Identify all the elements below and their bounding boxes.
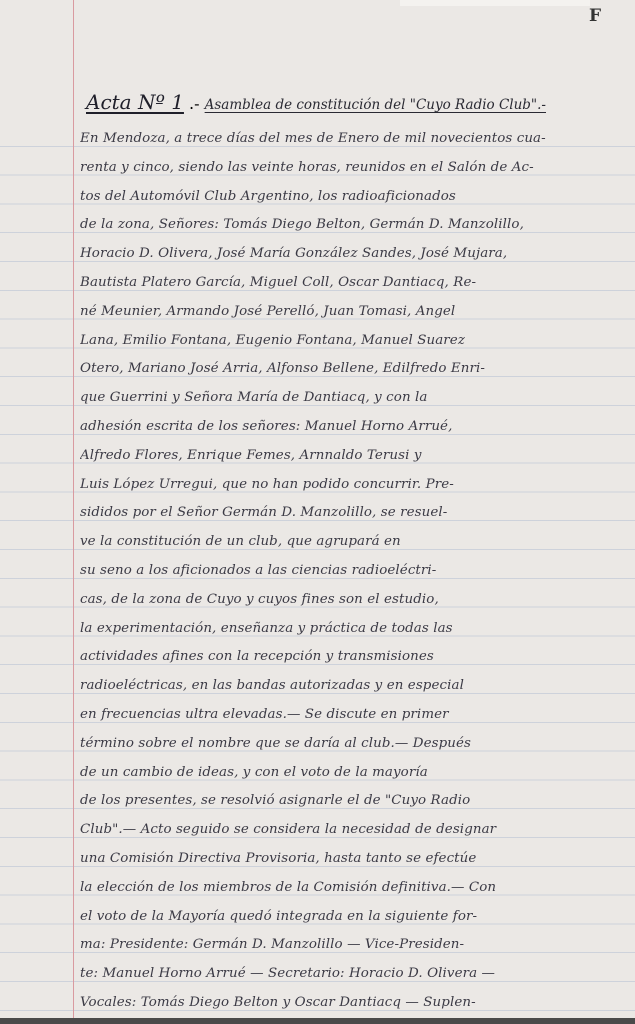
title-separator: .- [184, 94, 205, 113]
red-margin-line [73, 0, 74, 1020]
minutes-title: Acta Nº 1 .- Asamblea de constitución de… [86, 90, 631, 118]
folio-mark: F [589, 6, 601, 26]
text-line: ma: Presidente: Germán D. Manzolillo — V… [80, 931, 632, 960]
text-line: te: Manuel Horno Arrué — Secretario: Hor… [80, 960, 632, 989]
text-line: término sobre el nombre que se daría al … [80, 730, 632, 759]
act-number: Acta Nº 1 [86, 90, 184, 114]
minutes-body: En Mendoza, a trece días del mes de Ener… [80, 125, 632, 1018]
text-line: actividades afines con la recepción y tr… [80, 643, 632, 672]
act-subtitle: Asamblea de constitución del "Cuyo Radio… [205, 97, 546, 113]
text-line: su seno a los aficionados a las ciencias… [80, 557, 632, 586]
text-line: en frecuencias ultra elevadas.— Se discu… [80, 701, 632, 730]
scan-bottom-edge [0, 1018, 635, 1024]
text-line: Alfredo Flores, Enrique Femes, Arnnaldo … [80, 442, 632, 471]
text-line: la elección de los miembros de la Comisi… [80, 874, 632, 903]
text-line: sididos por el Señor Germán D. Manzolill… [80, 499, 632, 528]
text-line: ve la constitución de un club, que agrup… [80, 528, 632, 557]
text-line: radioeléctricas, en las bandas autorizad… [80, 672, 632, 701]
text-line: Vocales: Tomás Diego Belton y Oscar Dant… [80, 989, 632, 1018]
text-line: adhesión escrita de los señores: Manuel … [80, 413, 632, 442]
text-line: la experimentación, enseñanza y práctica… [80, 615, 632, 644]
text-line: Lana, Emilio Fontana, Eugenio Fontana, M… [80, 327, 632, 356]
text-line: cas, de la zona de Cuyo y cuyos fines so… [80, 586, 632, 615]
text-line: tos del Automóvil Club Argentino, los ra… [80, 183, 632, 212]
text-line: En Mendoza, a trece días del mes de Ener… [80, 125, 632, 154]
text-line: Horacio D. Olivera, José María González … [80, 240, 632, 269]
text-line: Bautista Platero García, Miguel Coll, Os… [80, 269, 632, 298]
text-line: que Guerrini y Señora María de Dantiacq,… [80, 384, 632, 413]
text-line: Club".— Acto seguido se considera la nec… [80, 816, 632, 845]
text-line: de un cambio de ideas, y con el voto de … [80, 759, 632, 788]
scan-edge-highlight [400, 0, 590, 6]
text-line: né Meunier, Armando José Perelló, Juan T… [80, 298, 632, 327]
text-line: una Comisión Directiva Provisoria, hasta… [80, 845, 632, 874]
text-line: el voto de la Mayoría quedó integrada en… [80, 903, 632, 932]
text-line: de los presentes, se resolvió asignarle … [80, 787, 632, 816]
text-line: Otero, Mariano José Arria, Alfonso Belle… [80, 355, 632, 384]
text-line: renta y cinco, siendo las veinte horas, … [80, 154, 632, 183]
text-line: de la zona, Señores: Tomás Diego Belton,… [80, 211, 632, 240]
ledger-page: F Acta Nº 1 .- Asamblea de constitución … [0, 0, 635, 1020]
text-line: Luis López Urregui, que no han podido co… [80, 471, 632, 500]
